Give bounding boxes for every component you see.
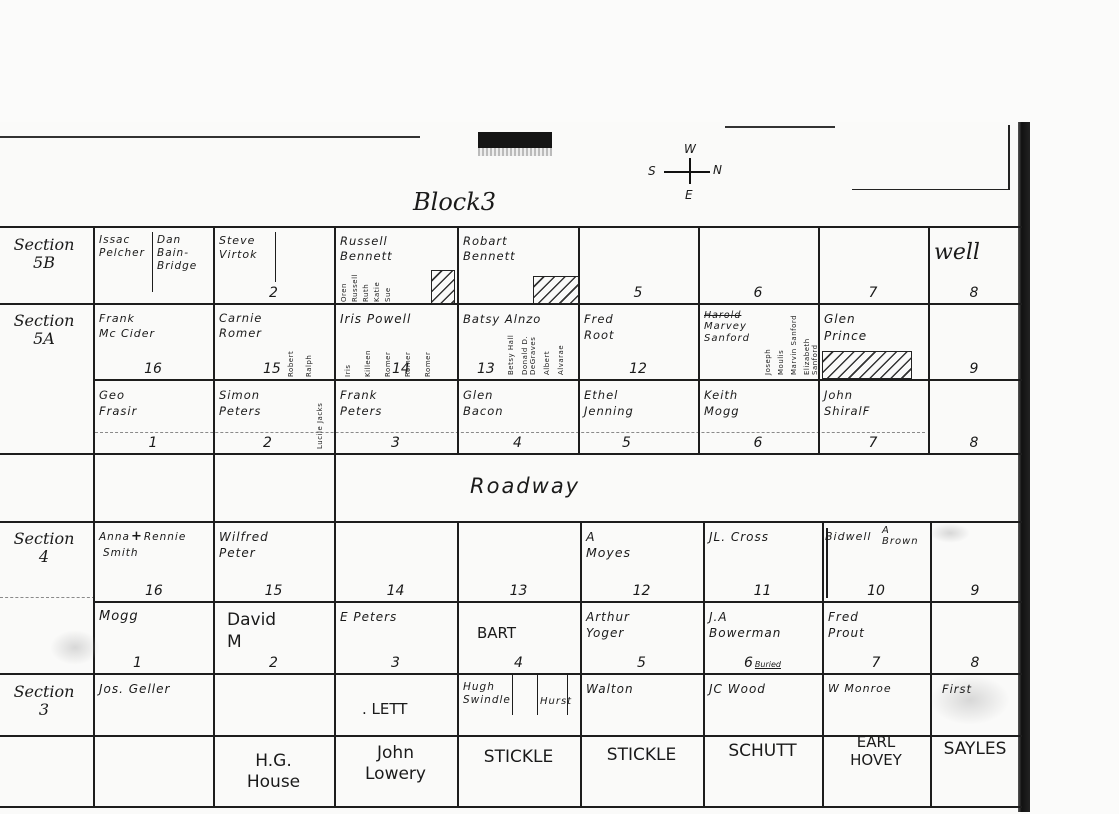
plot-5a-15[interactable]: Carnie Romer Robert Ralph 15 [213,305,334,379]
section-label-3: Section 3 [4,683,84,719]
plot-4-14[interactable]: 14 [334,523,457,601]
plot-number: 16 [93,361,213,377]
compass-east: E [685,188,693,202]
plot-number: 12 [580,583,703,599]
plot-owner: John ShiralF [824,387,870,419]
plot-owner: Hugh Swindle [463,681,511,707]
plot-5b-3[interactable]: Russell Bennett Oren Russell Ruth Katie … [334,228,457,303]
compass-rose-icon: W S N E [640,142,730,204]
plot-owner: Walton [586,681,634,697]
plot-number: 8 [928,285,1020,301]
plot-owner: E Peters [340,609,397,625]
plot-owner: EARL HOVEY [822,733,930,769]
compass-south: S [648,164,656,178]
plot-number: 6Buried [703,655,822,671]
plot-interments: Joseph Moulis Marvin Sanford Elizabeth S… [764,309,819,375]
plot-5b-7[interactable]: 7 [818,228,928,303]
plot-owner: John Lowery [334,743,457,785]
plot-5a-11[interactable]: Harold MarveySanford Joseph Moulis Marvi… [698,305,818,379]
plot-number: 13 [457,583,580,599]
plot-number: 6 [698,435,818,451]
top-rule [0,136,420,138]
block-title: Block3 [413,188,496,216]
plot-5a-1[interactable]: Geo Frasir 1 [93,381,213,453]
plot-owner-2: A Brown [882,525,919,547]
plot-owner: Arthur Yoger [586,609,630,641]
plot-5b-4[interactable]: Robart Bennett [457,228,578,303]
section-label-5a: Section 5A [4,312,84,348]
plot-4-4[interactable]: BART 4 [457,603,580,673]
plot-number: 9 [930,583,1020,599]
plot-owner-surname: Smith [103,545,139,561]
plot-owner: BART [477,625,516,641]
plot-owner: Batsy Alnzo [463,311,541,327]
plot-4-10[interactable]: Bidwell A Brown 10 [822,523,930,601]
plot-number: 6 [698,285,818,301]
plot-owner: Ethel Jenning [584,387,634,419]
plot-3-b3[interactable]: John Lowery [334,737,457,806]
plot-owner: . LETT [362,701,407,717]
plot-5a-8[interactable]: 8 [928,381,1020,453]
plot-3-a4[interactable]: Hugh Swindle Hurst [457,675,580,735]
notch-top-line [725,126,835,128]
plot-4-6[interactable]: J.A Bowerman 6Buried [703,603,822,673]
plot-owner: Glen Bacon [463,387,504,419]
plot-owner: Geo Frasir [99,387,137,419]
plot-5b-8[interactable]: well 8 [928,228,1020,303]
plot-number: 5 [580,655,703,671]
plot-number: 1 [133,655,213,671]
plot-5a-9[interactable]: 9 [928,305,1020,379]
plot-5a-10[interactable]: Glen Prince [818,305,928,379]
plot-number: 7 [822,655,930,671]
plot-4-9[interactable]: 9 [930,523,1020,601]
plot-4-13[interactable]: 13 [457,523,580,601]
plot-owner: Simon Peters [219,387,261,419]
plot-number: 5 [578,285,698,301]
plot-number: 12 [578,361,698,377]
plot-owner: JC Wood [709,681,766,697]
plot-3-a3[interactable]: . LETT [334,675,457,735]
grid-line [0,453,1022,455]
plot-owner-struck: Harold [704,311,741,321]
plot-owner: Glen Prince [824,311,867,345]
plot-number: 15 [213,583,334,599]
buried-note: Buried [755,660,781,669]
hatched-plot [431,270,455,304]
plot-owner: Issac Pelcher [99,234,145,260]
plot-5a-16[interactable]: Frank Mc Cider 16 [93,305,213,379]
plot-4-16[interactable]: Anna+Rennie Smith 16 [93,523,213,601]
plot-owner: First [942,681,972,697]
plot-5a-2[interactable]: Simon Peters Lucile Jacks 2 [213,381,334,453]
plot-4-5[interactable]: Arthur Yoger 5 [580,603,703,673]
grid-line [0,806,1022,808]
plot-number: 2 [213,285,334,301]
plot-owner: Steve Virtok [219,234,258,262]
plot-number: 10 [822,583,930,599]
plot-3-b2[interactable]: H.G. House [213,737,334,806]
plot-owner: Carnie Romer [219,311,262,341]
plot-5a-6[interactable]: Keith Mogg 6 [698,381,818,453]
plot-3-a8[interactable]: First [930,675,1020,735]
plot-owner: STICKLE [580,745,703,766]
plot-number: 7 [818,435,928,451]
plot-3-a7[interactable]: W Monroe [822,675,930,735]
black-tab-marker [478,132,552,148]
plot-number: 8 [928,435,1020,451]
plot-owner: Frank Mc Cider [99,311,155,341]
grey-tab-marker [478,148,552,156]
plot-5a-7[interactable]: John ShiralF 7 [818,381,928,453]
plot-4-3[interactable]: E Peters 3 [334,603,457,673]
plot-number: 4 [457,655,580,671]
plot-5b-6[interactable]: 6 [698,228,818,303]
plot-4-15[interactable]: Wilfred Peter 15 [213,523,334,601]
plot-owner: J.A Bowerman [709,609,781,641]
plot-number: 9 [928,361,1020,377]
plot-5a-3[interactable]: Frank Peters 3 [334,381,457,453]
plot-3-b1[interactable] [93,737,213,806]
plot-owner-2: Dan Bain- Bridge [157,234,197,273]
plot-3-b6[interactable]: SCHUTT [703,737,822,806]
plot-owner: Mogg [99,609,139,625]
plot-owner: H.G. House [213,751,334,793]
plot-owner: W Monroe [828,681,892,697]
plot-3-b8[interactable]: SAYLES [930,737,1020,806]
notch-box [852,125,1010,190]
hatched-plot [822,351,912,379]
plot-number: 5 [622,435,698,451]
plot-owner: David M [227,609,276,653]
plot-number: 16 [145,583,213,599]
plot-number: 3 [334,435,457,451]
plot-number: 14 [392,361,457,377]
plot-3-a1[interactable]: Jos. Geller [93,675,213,735]
plot-owner: Wilfred Peter [219,529,269,561]
plot-owner: Bidwell [825,529,871,545]
plot-owner: Fred Root [584,311,615,343]
plot-4-7[interactable]: Fred Prout 7 [822,603,930,673]
plot-number: 7 [818,285,928,301]
plot-number: 2 [213,655,334,671]
compass-west: W [684,142,696,156]
plot-5b-2[interactable]: Steve Virtok 2 [213,228,334,303]
plot-number: 15 [263,361,334,377]
plot-3-b7[interactable]: EARL HOVEY [822,737,930,806]
plot-owner: Robart Bennett [463,234,516,264]
section-label-4: Section 4 [4,530,84,566]
plot-owner: Jos. Geller [99,681,170,697]
plot-3-b5[interactable]: STICKLE [580,737,703,806]
plot-owner: Iris Powell [340,311,411,327]
plot-owner: Frank Peters [340,387,382,419]
plot-owner: A Moyes [586,529,631,561]
ink-smudge [50,630,100,665]
plot-3-a5[interactable]: Walton [580,675,703,735]
plot-number: 4 [457,435,578,451]
roadway-label: Roadway [470,474,580,498]
plot-owner: SAYLES [930,739,1020,760]
plot-owner: Keith Mogg [704,387,740,419]
plot-owner: STICKLE [457,747,580,768]
plot-number: 11 [703,583,822,599]
plot-owner: Anna+Rennie [99,529,186,545]
plot-4-2[interactable]: David M 2 [213,603,334,673]
plot-owner: MarveySanford [704,321,750,345]
well-label: well [934,240,980,265]
plot-number: 1 [93,435,213,451]
plot-4-11[interactable]: JL. Cross 11 [703,523,822,601]
cross-icon: + [131,529,143,545]
plot-5a-14[interactable]: Iris Powell Iris Killeen Romer Romer Rom… [334,305,457,379]
plot-number: 8 [930,655,1020,671]
plot-5a-5[interactable]: Ethel Jenning 5 [578,381,698,453]
plot-number: 2 [263,435,334,451]
section-label-5b: Section 5B [4,236,84,272]
plot-number: 14 [334,583,457,599]
plot-number: 3 [334,655,457,671]
plot-owner: JL. Cross [709,529,769,545]
compass-north: N [713,163,722,177]
plot-owner: Fred Prout [828,609,865,641]
dashed-guide [0,597,95,598]
plot-interments: Oren Russell Ruth Katie Sue [340,260,392,302]
plot-5b-1[interactable]: Issac Pelcher Dan Bain- Bridge [93,228,213,303]
plot-4-8[interactable]: 8 [930,603,1020,673]
plot-owner: SCHUTT [703,741,822,762]
plot-5a-13[interactable]: Batsy Alnzo Betsy Hall Donald D. DeGrave… [457,305,578,379]
plot-3-b4[interactable]: STICKLE [457,737,580,806]
plot-4-12[interactable]: A Moyes 12 [580,523,703,601]
hatched-plot [533,276,579,304]
plot-number: 13 [477,361,578,377]
plot-4-1[interactable]: Mogg 1 [93,603,213,673]
plot-3-a2[interactable] [213,675,334,735]
plot-5a-4[interactable]: Glen Bacon 4 [457,381,578,453]
plot-5b-5[interactable]: 5 [578,228,698,303]
plot-3-a6[interactable]: JC Wood [703,675,822,735]
plot-5a-12[interactable]: Fred Root 12 [578,305,698,379]
